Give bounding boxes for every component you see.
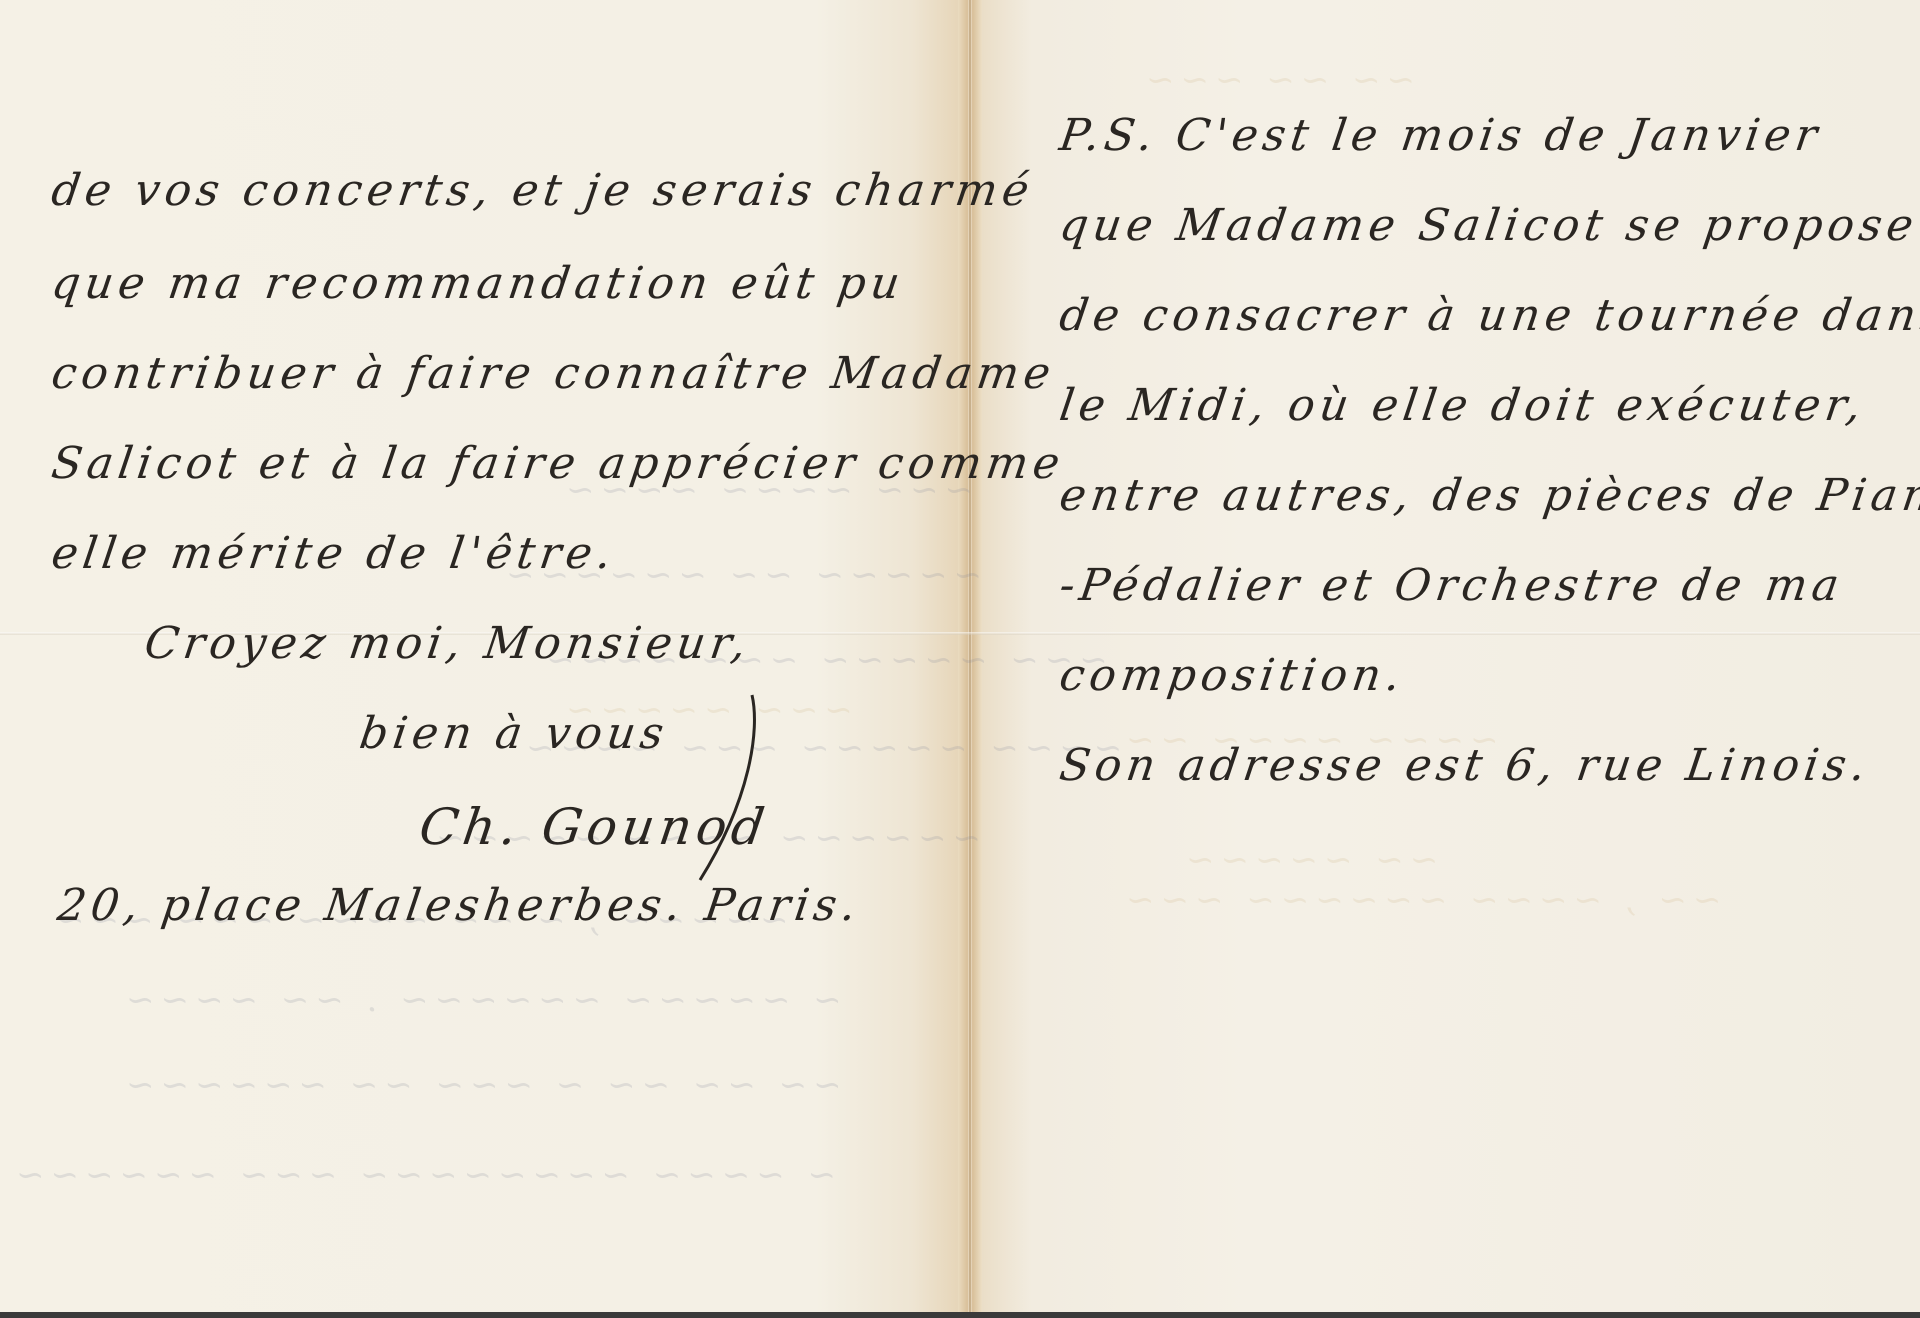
bleed-through-text: ~~ ~~ ~~~ — [1140, 60, 1415, 100]
letter-line: de vos concerts, et je serais charmé — [48, 165, 1037, 216]
letter-line: elle mérite de l'être. — [48, 528, 619, 579]
bleed-through-text: ~~ ~~~~~ — [1180, 840, 1438, 880]
bleed-through-text: ~ ~~~~~ ~~~~~~ . ~~ ~~~~ — [120, 980, 842, 1020]
postscript-line: Son adresse est 6, rue Linois. — [1056, 740, 1873, 791]
city-line: Paris. — [701, 880, 864, 931]
postscript-line: P.S. C'est le mois de Janvier — [1056, 110, 1825, 161]
bleed-through-text: ~~ , ~~~~ ~~~~~~ ~~~ — [1120, 880, 1721, 920]
bleed-through-text: ~~ ~~ ~~ ~ ~~~ ~~ ~~~~~~ — [120, 1065, 842, 1105]
closing-line: bien à vous — [356, 708, 671, 759]
letter-line: Salicot et à la faire apprécier comme — [48, 438, 1067, 489]
postscript-line: -Pédalier et Orchestre de ma — [1056, 560, 1847, 611]
postscript-line: le Midi, où elle doit exécuter, — [1056, 380, 1869, 431]
letter-line: contribuer à faire connaître Madame — [48, 348, 1058, 399]
postscript-line: entre autres, des pièces de Piano- — [1056, 470, 1920, 521]
postscript-line: que Madame Salicot se propose — [1056, 200, 1920, 251]
signature-flourish — [690, 690, 770, 890]
scanned-letter-spread: ~~~ ~~~~ ~~~~ ~~~~~ ~~ ~~~~~~ ~~~ ~~~~~ … — [0, 0, 1920, 1312]
postscript-line: de consacrer à une tournée dans — [1056, 290, 1920, 341]
address-line: 20, place Malesherbes. — [54, 880, 688, 931]
scan-bottom-edge — [0, 1312, 1920, 1318]
bleed-through-text: ~ ~~~~ ~~~~~~~~ ~~~ ~~~~~~ — [10, 1155, 836, 1195]
closing-line: Croyez moi, Monsieur, — [141, 618, 754, 669]
letter-line: que ma recommandation eût pu — [48, 258, 907, 309]
postscript-line: composition. — [1056, 650, 1408, 701]
